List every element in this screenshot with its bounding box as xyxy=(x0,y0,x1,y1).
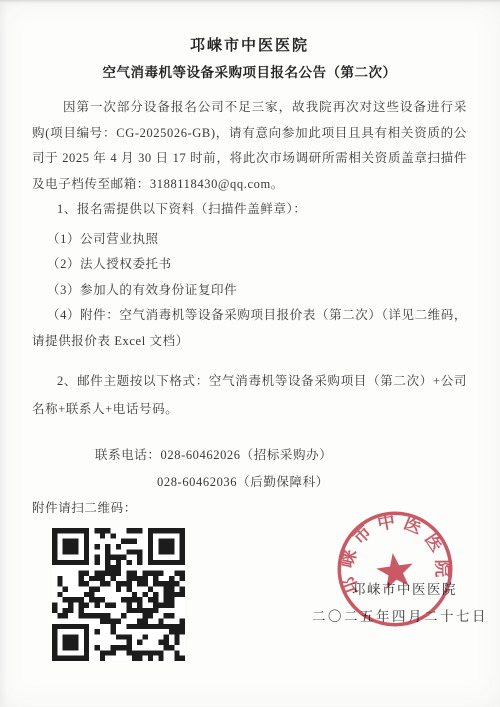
signature-date: 二〇二五年四月二十七日 xyxy=(312,605,488,625)
signature-name: 邛崃市中医医院 xyxy=(352,578,457,598)
page-subtitle: 空气消毒机等设备采购项目报名公告（第二次） xyxy=(32,62,467,84)
contact-phone-2: 028-60462036（后勤保障科） xyxy=(32,469,467,496)
document-page: 邛崃市中医医院 空气消毒机等设备采购项目报名公告（第二次） 因第一次部分设备报名… xyxy=(0,0,500,707)
qr-code-icon xyxy=(52,528,185,661)
sub-item-1: （1）公司营业执照 xyxy=(32,227,467,253)
qr-code xyxy=(52,528,185,661)
contact-phone-1: 联系电话：028-60462026（招标采购办） xyxy=(32,442,467,469)
contact-block: 联系电话：028-60462026（招标采购办） 028-60462036（后勤… xyxy=(32,442,467,496)
contact-phone-1-value: 028-60462026（招标采购办） xyxy=(161,448,333,462)
contact-label: 联系电话： xyxy=(95,448,161,462)
sub-item-4: （4）附件：空气消毒机等设备采购项目报价表（第二次）（详见二维码，请提供报价表 … xyxy=(32,303,467,354)
list-item-2: 2、邮件主题按以下格式：空气消毒机等设备采购项目（第二次）+公司名称+联系人+电… xyxy=(32,367,467,423)
page-title: 邛崃市中医医院 xyxy=(32,36,467,56)
list-item-1-header: 1、报名需提供以下资料（扫描件盖鲜章）： xyxy=(32,197,467,223)
sub-item-2: （2）法人授权委托书 xyxy=(32,252,467,278)
qr-caption: 附件请扫二维码： xyxy=(32,496,467,521)
paragraph-intro: 因第一次部分设备报名公司不足三家，故我院再次对这些设备进行采购(项目编号：CG-… xyxy=(32,95,467,197)
sub-item-3: （3）参加人的有效身份证复印件 xyxy=(32,278,467,304)
